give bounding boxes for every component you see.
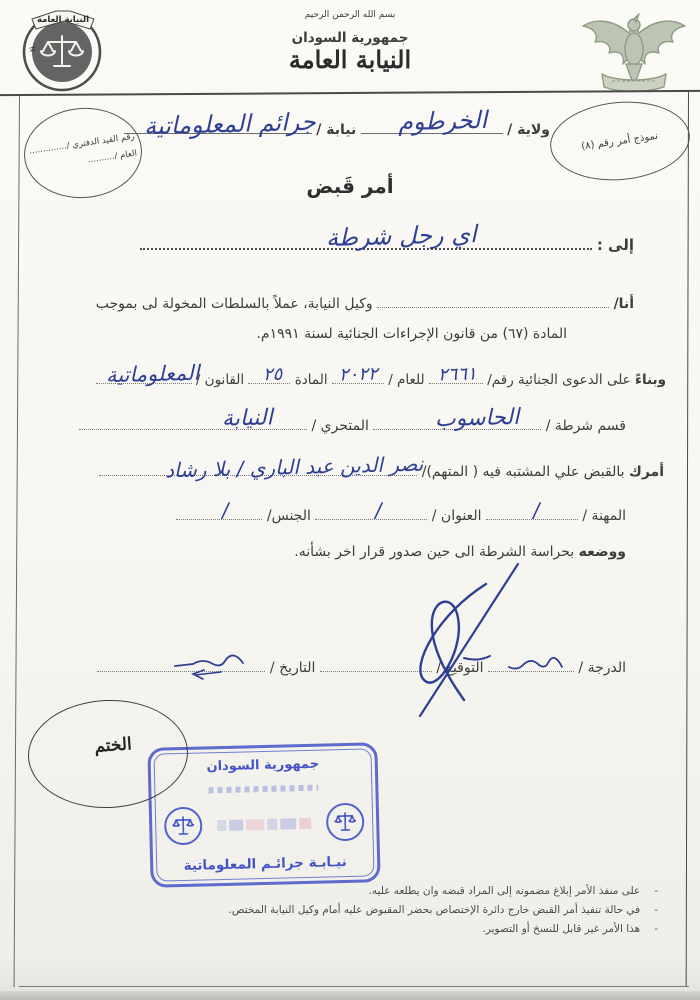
- case-article-label: المادة: [295, 372, 328, 388]
- field-arrest: أمرك بالقبض علي المشتبه فيه ( المتهم)/ ن…: [99, 460, 664, 480]
- case-year-blank: ٢٠٢٢: [332, 368, 384, 384]
- declarant-lead: أنا/: [614, 296, 634, 312]
- case-year-handwritten: ٢٠٢٢: [339, 365, 378, 384]
- gender-label: الجنس/: [267, 508, 311, 524]
- stamp-faded-center-marks: [217, 817, 311, 830]
- footnote-bullet: -: [654, 901, 658, 920]
- case-law-label: القانون /: [196, 372, 244, 388]
- state-label: ولاية /: [507, 122, 550, 138]
- case-lead: وبناءً: [635, 372, 666, 388]
- field-case: وبناءً على الدعوى الجنائية رقم/ ٢٦٦١ للع…: [96, 368, 666, 388]
- state-blank: الخرطوم: [361, 118, 503, 134]
- footnote-text: هذا الأمر غير قابل للنسخ أو التصوير.: [482, 923, 640, 935]
- declarant-blank: [377, 292, 609, 308]
- seal-placeholder-label: الختم: [94, 734, 133, 757]
- case-law-handwritten: المعلوماتية: [106, 363, 200, 386]
- state-handwritten-value: الخرطوم: [397, 108, 487, 134]
- footnote-line: -في حالة تنفيذ أمر القبض خارج دائرة الإخ…: [229, 901, 659, 920]
- stamp-prosecution-text: نيـابـة جرائـم المعلوماتية: [183, 854, 346, 874]
- signature-flourish: [368, 562, 538, 718]
- cybercrimes-prosecution-stamp: جمهورية السودان: [147, 742, 380, 888]
- registry-number-dots: ..............: [28, 141, 67, 156]
- form-number-label: نموذج أمر رقم (٨): [581, 130, 659, 152]
- prosecution-label: نيابة /: [316, 122, 356, 138]
- registry-year-dots: ..........: [87, 152, 115, 166]
- address-handwritten: /: [374, 500, 381, 520]
- suspect-blank: نصر الدين عبد الباري / بلا رشاد: [99, 460, 417, 476]
- investigator-label: المتحري /: [311, 418, 368, 434]
- footnote-line: -هذا الأمر غير قابل للنسخ أو التصوير.: [229, 920, 659, 939]
- eagle-body: [625, 33, 643, 65]
- to-label: إلى :: [597, 236, 634, 254]
- stamp-right-scales-icon: [164, 807, 203, 846]
- right-border-rule: [685, 92, 689, 987]
- date-label: التاريخ /: [270, 660, 316, 676]
- rank-label: الدرجة /: [578, 660, 626, 676]
- to-blank: اي رجل شرطة: [140, 232, 592, 250]
- footnote-bullet: -: [654, 920, 658, 939]
- occupation-blank: /: [486, 504, 578, 520]
- footnotes: -على منفذ الأمر إبلاغ مضمونه إلى المراد …: [229, 882, 659, 939]
- registry-year-label: العام /: [114, 149, 138, 162]
- investigator-handwritten: النيابة: [222, 407, 273, 430]
- stamp-left-scales-icon: [326, 803, 365, 842]
- field-declarant: أنا/ وكيل النيابة، عملاً بالسلطات المخول…: [96, 292, 634, 312]
- address-label: العنوان /: [432, 508, 482, 524]
- address-blank: /: [315, 504, 427, 520]
- case-number-blank: ٢٦٦١: [429, 368, 483, 384]
- field-custody: ووضعه بحراسة الشرطة الى حين صدور قرار اخ…: [294, 544, 626, 560]
- footnote-bullet: -: [654, 882, 658, 901]
- suspect-name-handwritten: نصر الدين عبد الباري / بلا رشاد: [165, 454, 424, 481]
- custody-lead: ووضعه: [579, 544, 626, 560]
- sudan-eagle-emblem: [578, 2, 690, 102]
- gender-blank: /: [176, 504, 262, 520]
- police-section-handwritten: الحاسوب: [435, 407, 520, 431]
- scan-edge-shadow: [0, 991, 700, 1000]
- declarant-article-line: المادة (٦٧) من قانون الإجراءات الجنائية …: [256, 326, 567, 342]
- prosecution-seal-logo: النيابة العامة PUBLIC PROSECUTION: [14, 6, 110, 100]
- case-article-blank: ٢٥: [248, 368, 290, 384]
- field-signature-row: الدرجة / التوقيع / التاريخ /: [97, 656, 626, 676]
- police-section-label: قسم شرطة /: [546, 418, 626, 434]
- prosecution-handwritten-value: جرائم المعلوماتية: [144, 110, 316, 138]
- occupation-handwritten: /: [533, 500, 540, 520]
- date-blank: [97, 656, 265, 672]
- scanned-arrest-warrant-document: بسم الله الرحمن الرحيم جمهورية السودان ا…: [0, 0, 700, 1000]
- field-state-prosecution: ولاية / الخرطوم نيابة / جرائم المعلوماتي…: [124, 118, 550, 138]
- case-year-label: للعام /: [388, 372, 424, 388]
- footnote-line: -على منفذ الأمر إبلاغ مضمونه إلى المراد …: [229, 882, 659, 901]
- custody-body: بحراسة الشرطة الى حين صدور قرار اخر بشأن…: [294, 544, 574, 560]
- stamp-faded-illegible-line: [208, 785, 318, 794]
- footnote-text: على منفذ الأمر إبلاغ مضمونه إلى المراد ق…: [369, 885, 641, 897]
- arrest-lead: أمرك: [629, 464, 664, 480]
- form-number-oval: نموذج أمر رقم (٨): [547, 96, 693, 186]
- case-body: على الدعوى الجنائية رقم/: [487, 372, 631, 388]
- prosecution-blank: جرائم المعلوماتية: [124, 118, 312, 134]
- gender-handwritten: /: [221, 500, 228, 520]
- occupation-label: المهنة /: [582, 508, 626, 524]
- case-law-blank: المعلوماتية: [96, 368, 192, 384]
- case-number-handwritten: ٢٦٦١: [438, 365, 477, 384]
- declarant-rest: وكيل النيابة، عملاً بالسلطات المخولة لى …: [96, 296, 373, 312]
- field-police-section: قسم شرطة / الحاسوب المتحري / النيابة: [79, 414, 626, 434]
- arrest-body: بالقبض علي المشتبه فيه ( المتهم)/: [422, 464, 625, 480]
- footnote-text: في حالة تنفيذ أمر القبض خارج دائرة الإخت…: [229, 904, 641, 916]
- police-section-blank: الحاسوب: [373, 414, 541, 430]
- stamp-country-text: جمهورية السودان: [206, 757, 319, 775]
- to-handwritten-value: اي رجل شرطة: [326, 222, 477, 250]
- seal-banner-arabic-text: النيابة العامة: [37, 15, 89, 25]
- investigator-blank: النيابة: [79, 414, 307, 430]
- eagle-head: [628, 19, 640, 31]
- left-border-rule: [14, 95, 20, 987]
- date-handwritten-scribble: [161, 649, 251, 683]
- field-to: إلى : اي رجل شرطة: [140, 232, 634, 254]
- case-article-handwritten: ٢٥: [263, 366, 283, 385]
- bottom-border-rule: [19, 986, 689, 987]
- page-title: أمر قَبض: [0, 174, 700, 198]
- field-details: المهنة / / العنوان / / الجنس/ /: [176, 504, 626, 524]
